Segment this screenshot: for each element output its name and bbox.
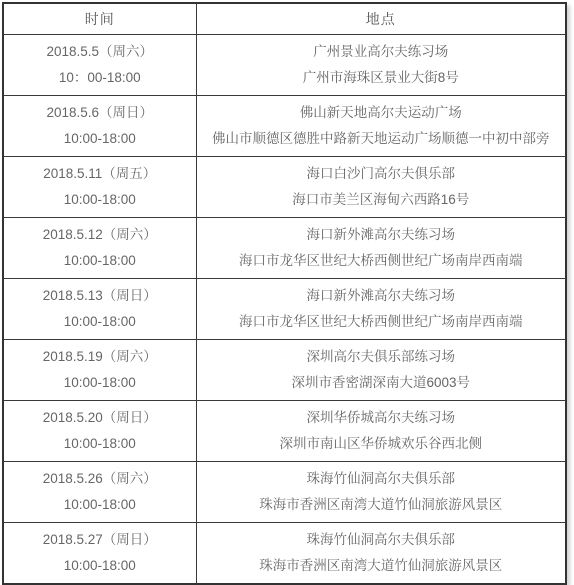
session-time: 10:00-18:00 <box>10 431 190 457</box>
time-cell: 2018.5.12（周六） 10:00-18:00 <box>3 217 196 278</box>
venue-name: 广州景业高尔夫练习场 <box>203 39 560 65</box>
location-cell: 海口新外滩高尔夫练习场 海口市龙华区世纪大桥西侧世纪广场南岸西南端 <box>196 217 566 278</box>
session-time: 10：00-18:00 <box>10 65 190 91</box>
venue-name: 珠海竹仙洞高尔夫俱乐部 <box>203 466 560 492</box>
location-cell: 珠海竹仙洞高尔夫俱乐部 珠海市香洲区南湾大道竹仙洞旅游风景区 <box>196 461 566 522</box>
venue-address: 珠海市香洲区南湾大道竹仙洞旅游风景区 <box>203 492 560 518</box>
location-cell: 深圳华侨城高尔夫练习场 深圳市南山区华侨城欢乐谷西北侧 <box>196 400 566 461</box>
table-row: 2018.5.5（周六） 10：00-18:00 广州景业高尔夫练习场 广州市海… <box>3 34 566 95</box>
session-date: 2018.5.13（周日） <box>10 283 190 309</box>
time-cell: 2018.5.13（周日） 10:00-18:00 <box>3 278 196 339</box>
table-row: 2018.5.11（周五） 10:00-18:00 海口白沙门高尔夫俱乐部 海口… <box>3 156 566 217</box>
session-date: 2018.5.11（周五） <box>10 161 190 187</box>
session-time: 10:00-18:00 <box>10 126 190 152</box>
time-cell: 2018.5.20（周日） 10:00-18:00 <box>3 400 196 461</box>
venue-name: 海口新外滩高尔夫练习场 <box>203 283 560 309</box>
session-time: 10:00-18:00 <box>10 187 190 213</box>
table-row: 2018.5.19（周六） 10:00-18:00 深圳高尔夫俱乐部练习场 深圳… <box>3 339 566 400</box>
table-row: 2018.5.13（周日） 10:00-18:00 海口新外滩高尔夫练习场 海口… <box>3 278 566 339</box>
session-date: 2018.5.5（周六） <box>10 39 190 65</box>
venue-address: 深圳市香密湖深南大道6003号 <box>203 370 560 396</box>
venue-name: 佛山新天地高尔夫运动广场 <box>203 100 560 126</box>
time-cell: 2018.5.11（周五） 10:00-18:00 <box>3 156 196 217</box>
schedule-table: 时间 地点 2018.5.5（周六） 10：00-18:00 广州景业高尔夫练习… <box>2 2 567 585</box>
session-time: 10:00-18:00 <box>10 370 190 396</box>
location-cell: 海口新外滩高尔夫练习场 海口市龙华区世纪大桥西侧世纪广场南岸西南端 <box>196 278 566 339</box>
venue-address: 海口市龙华区世纪大桥西侧世纪广场南岸西南端 <box>203 248 560 274</box>
venue-name: 海口白沙门高尔夫俱乐部 <box>203 161 560 187</box>
location-cell: 广州景业高尔夫练习场 广州市海珠区景业大街8号 <box>196 34 566 95</box>
time-cell: 2018.5.19（周六） 10:00-18:00 <box>3 339 196 400</box>
header-row: 时间 地点 <box>3 3 566 34</box>
location-cell: 深圳高尔夫俱乐部练习场 深圳市香密湖深南大道6003号 <box>196 339 566 400</box>
session-date: 2018.5.20（周日） <box>10 405 190 431</box>
venue-name: 深圳华侨城高尔夫练习场 <box>203 405 560 431</box>
session-time: 10:00-18:00 <box>10 309 190 335</box>
session-date: 2018.5.26（周六） <box>10 466 190 492</box>
time-cell: 2018.5.26（周六） 10:00-18:00 <box>3 461 196 522</box>
location-cell: 佛山新天地高尔夫运动广场 佛山市顺德区德胜中路新天地运动广场顺德一中初中部旁 <box>196 95 566 156</box>
location-cell: 珠海竹仙洞高尔夫俱乐部 珠海市香洲区南湾大道竹仙洞旅游风景区 <box>196 522 566 584</box>
table-header: 时间 地点 <box>3 3 566 34</box>
time-cell: 2018.5.5（周六） 10：00-18:00 <box>3 34 196 95</box>
venue-name: 珠海竹仙洞高尔夫俱乐部 <box>203 527 560 553</box>
table-row: 2018.5.26（周六） 10:00-18:00 珠海竹仙洞高尔夫俱乐部 珠海… <box>3 461 566 522</box>
venue-address: 广州市海珠区景业大街8号 <box>203 65 560 91</box>
table-row: 2018.5.27（周日） 10:00-18:00 珠海竹仙洞高尔夫俱乐部 珠海… <box>3 522 566 584</box>
location-column-header: 地点 <box>196 3 566 34</box>
time-column-header: 时间 <box>3 3 196 34</box>
time-cell: 2018.5.6（周日） 10:00-18:00 <box>3 95 196 156</box>
session-date: 2018.5.6（周日） <box>10 100 190 126</box>
table-row: 2018.5.6（周日） 10:00-18:00 佛山新天地高尔夫运动广场 佛山… <box>3 95 566 156</box>
venue-address: 佛山市顺德区德胜中路新天地运动广场顺德一中初中部旁 <box>203 126 560 152</box>
session-time: 10:00-18:00 <box>10 492 190 518</box>
venue-address: 深圳市南山区华侨城欢乐谷西北侧 <box>203 431 560 457</box>
venue-address: 海口市龙华区世纪大桥西侧世纪广场南岸西南端 <box>203 309 560 335</box>
time-cell: 2018.5.27（周日） 10:00-18:00 <box>3 522 196 584</box>
session-date: 2018.5.12（周六） <box>10 222 190 248</box>
table-body: 2018.5.5（周六） 10：00-18:00 广州景业高尔夫练习场 广州市海… <box>3 34 566 584</box>
venue-address: 海口市美兰区海甸六西路16号 <box>203 187 560 213</box>
venue-name: 海口新外滩高尔夫练习场 <box>203 222 560 248</box>
session-date: 2018.5.19（周六） <box>10 344 190 370</box>
venue-name: 深圳高尔夫俱乐部练习场 <box>203 344 560 370</box>
session-time: 10:00-18:00 <box>10 248 190 274</box>
location-cell: 海口白沙门高尔夫俱乐部 海口市美兰区海甸六西路16号 <box>196 156 566 217</box>
table-row: 2018.5.20（周日） 10:00-18:00 深圳华侨城高尔夫练习场 深圳… <box>3 400 566 461</box>
table-row: 2018.5.12（周六） 10:00-18:00 海口新外滩高尔夫练习场 海口… <box>3 217 566 278</box>
session-date: 2018.5.27（周日） <box>10 527 190 553</box>
